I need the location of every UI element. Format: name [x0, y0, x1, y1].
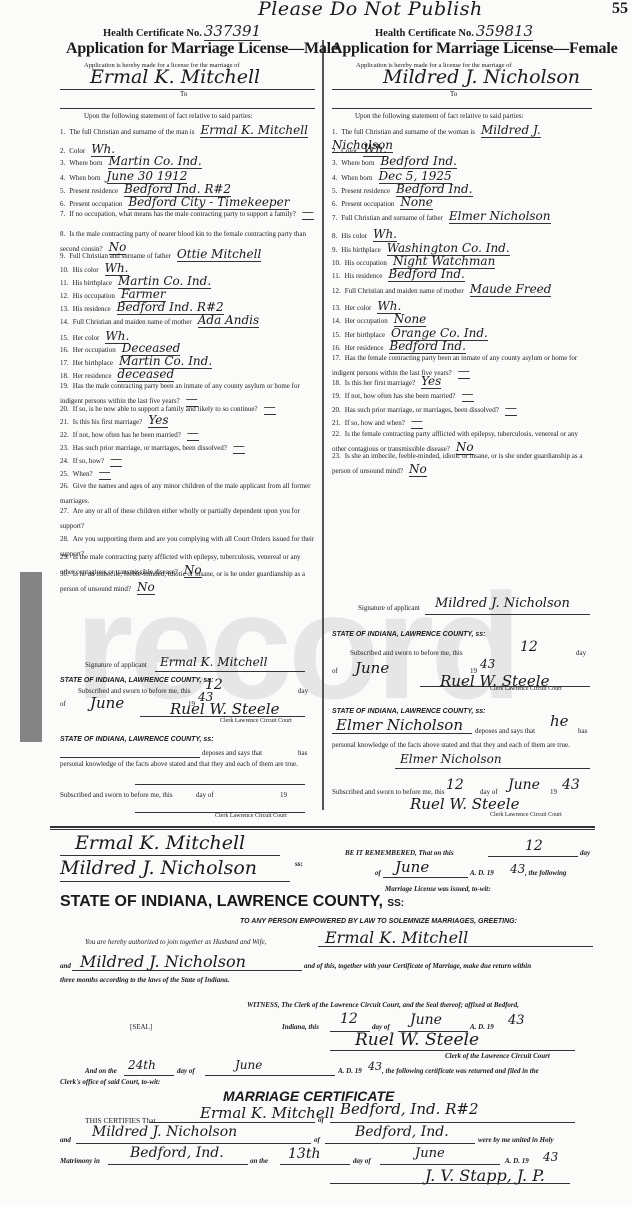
female-statement-intro: Upon the following statement of fact rel…: [355, 112, 524, 120]
item-number: 1.: [332, 128, 337, 136]
rule: [330, 1122, 575, 1123]
female-witness-day: 12: [446, 777, 464, 793]
rule: [124, 1075, 174, 1076]
item-number: 14.: [60, 318, 69, 326]
item-number: 12.: [60, 292, 69, 300]
item-number: 19.: [60, 382, 69, 390]
item-label: Full Christian and surname of father: [69, 252, 171, 260]
item-value: None: [400, 195, 433, 210]
item-label: Full Christian and maiden name of mother: [345, 287, 464, 295]
female-item-19: 19.If not, how often has she been marrie…: [332, 388, 592, 403]
column-divider: [322, 40, 324, 810]
female-item-7: 7.Full Christian and surname of fatherEl…: [332, 210, 592, 225]
license-returned-prefix: And on the: [85, 1067, 117, 1075]
rule: [108, 1164, 248, 1165]
rule: [155, 671, 305, 672]
item-number: 17.: [332, 354, 341, 362]
certificate-day: 13th: [288, 1146, 320, 1162]
item-label: Present occupation: [341, 200, 394, 208]
male-witness-clerk-label: Clerk Lawrence Circuit Court: [215, 813, 287, 819]
license-returned-year: 43: [368, 1060, 382, 1073]
male-witness-day-of: day of: [196, 791, 214, 799]
item-label: If so, is he now able to support a famil…: [73, 405, 258, 413]
item-number: 16.: [60, 346, 69, 354]
male-signature: Ermal K. Mitchell: [160, 655, 267, 669]
rule: [395, 768, 590, 769]
item-number: 4.: [60, 174, 65, 182]
item-label: If so, how and when?: [345, 419, 405, 427]
item-number: 11.: [60, 279, 69, 287]
item-value: Bedford Ind.: [388, 267, 464, 282]
female-witness-month: June: [508, 777, 540, 793]
item-value: Ermal K. Mitchell: [200, 123, 307, 138]
rule: [325, 1143, 475, 1144]
license-name-male: Ermal K. Mitchell: [75, 832, 245, 854]
female-item-11: 11.His residenceBedford Ind.: [332, 268, 592, 283]
item-value: Martin Co. Ind.: [108, 154, 201, 169]
male-item-7: 7.If no occupation, what means has the m…: [60, 206, 315, 221]
certificate-place: Bedford, Ind.: [130, 1145, 224, 1161]
rule: [150, 1122, 315, 1123]
item-number: 23.: [332, 452, 341, 460]
item-label: His occupation: [73, 292, 115, 300]
license-witness-year: 43: [508, 1013, 525, 1028]
item-number: 7.: [332, 214, 337, 222]
certificate-matrimony-label: Matrimony in: [60, 1157, 100, 1165]
female-oath-clerk-label: Clerk Lawrence Circuit Court: [490, 686, 562, 692]
item-number: 26.: [60, 482, 69, 490]
certificate-day-of: day of: [353, 1157, 371, 1165]
male-oath-of-label: of: [60, 700, 66, 708]
license-year: 43: [510, 862, 525, 876]
license-and-label: and: [60, 962, 71, 970]
certificate-on-the: on the: [250, 1157, 268, 1165]
item-label: Is she an imbecile, feeble-minded, idiot…: [332, 452, 582, 475]
rule: [332, 733, 472, 734]
item-label: The full Christian and surname of the ma…: [69, 128, 194, 136]
item-value: —: [462, 387, 474, 402]
female-oath-state-line: STATE OF INDIANA, LAWRENCE COUNTY, ss:: [332, 631, 486, 638]
female-to-label: To: [450, 90, 457, 98]
item-number: 20.: [60, 405, 69, 413]
item-label: Her occupation: [73, 346, 116, 354]
certificate-husband-residence: Bedford, Ind. R#2: [340, 1100, 479, 1118]
male-to-label: To: [180, 90, 187, 98]
certificate-wife-residence: Bedford, Ind.: [355, 1124, 449, 1140]
license-returned-text: , the following certificate was returned…: [382, 1067, 539, 1075]
item-label: Has the female contracting party been an…: [332, 354, 577, 377]
item-value: —: [505, 401, 517, 416]
male-item-3: 3.Where bornMartin Co. Ind.: [60, 155, 315, 170]
rule: [318, 946, 593, 947]
item-number: 8.: [60, 230, 65, 238]
item-label: Full Christian and maiden name of mother: [73, 318, 192, 326]
female-witness-year: 43: [562, 777, 580, 793]
item-number: 10.: [60, 266, 69, 274]
license-issued-label: Marriage License was issued, to-wit:: [385, 885, 491, 893]
item-label: His residence: [345, 272, 383, 280]
item-label: The full Christian and surname of the wo…: [341, 128, 475, 136]
certificate-of-label: of: [318, 1116, 324, 1124]
male-witness-sworn: Subscribed and sworn to before me, this: [60, 791, 173, 799]
female-witness-year-prefix: 19: [550, 788, 557, 796]
rule: [135, 784, 305, 785]
male-health-certificate: Health Certificate No.337391: [103, 22, 261, 40]
female-signature: Mildred J. Nicholson: [435, 596, 570, 611]
license-return-text: and of this, together with your Certific…: [304, 962, 531, 970]
item-number: 18.: [60, 372, 69, 380]
item-number: 2.: [60, 147, 65, 155]
license-indiana-this: Indiana, this: [282, 1023, 319, 1031]
male-oath-day-label: day: [298, 687, 308, 695]
certificate-husband: Ermal K. Mitchell: [200, 1104, 334, 1122]
male-oath-clerk-label: Clerk Lawrence Circuit Court: [220, 718, 292, 724]
item-label: Her color: [73, 334, 100, 342]
item-number: 14.: [332, 317, 341, 325]
item-number: 16.: [332, 344, 341, 352]
license-returned-day-of: day of: [177, 1067, 195, 1075]
license-clerk-signature: Ruel W. Steele: [355, 1030, 479, 1050]
license-following: , the following: [525, 869, 566, 877]
license-state-ss: SS:: [387, 898, 404, 909]
item-number: 30.: [60, 570, 69, 578]
item-number: 18.: [332, 379, 341, 387]
item-number: 15.: [332, 331, 341, 339]
item-value: —: [411, 414, 423, 429]
item-label: If not, how often has he been married?: [73, 431, 181, 439]
license-of-label: of: [375, 869, 381, 877]
item-label: Full Christian and surname of father: [341, 214, 443, 222]
male-witness-has: has: [298, 749, 307, 757]
rule: [280, 1164, 350, 1165]
item-number: 5.: [60, 187, 65, 195]
license-returned-month: June: [235, 1058, 262, 1072]
male-health-cert-number: 337391: [204, 22, 261, 41]
male-item-14: 14.Full Christian and maiden name of mot…: [60, 314, 315, 329]
item-value: No: [137, 580, 155, 595]
item-number: 3.: [332, 159, 337, 167]
item-number: 21.: [332, 419, 341, 427]
item-value: Elmer Nicholson: [449, 209, 551, 224]
female-oath-of-label: of: [332, 667, 338, 675]
item-number: 6.: [332, 200, 337, 208]
item-value: Ada Andis: [198, 313, 259, 328]
rule: [72, 970, 302, 971]
item-number: 10.: [332, 259, 341, 267]
item-number: 15.: [60, 334, 69, 342]
item-label: Has such prior marriage, or marriages, b…: [345, 406, 499, 414]
item-label: Has such prior marriage, or marriages, b…: [73, 444, 227, 452]
item-label: Where born: [341, 159, 374, 167]
license-day-label: day: [580, 849, 590, 857]
license-state-line: STATE OF INDIANA, LAWRENCE COUNTY, SS:: [60, 893, 404, 911]
item-number: 24.: [60, 457, 69, 465]
item-value: No: [409, 462, 427, 477]
male-item-30: 30.Is he an imbecile, feeble-minded, idi…: [60, 568, 315, 596]
male-signature-label: Signature of applicant: [85, 661, 147, 669]
rule: [205, 1075, 335, 1076]
male-witness-year-prefix: 19: [280, 791, 287, 799]
female-health-cert-number: 359813: [476, 22, 533, 41]
item-number: 11.: [332, 272, 341, 280]
item-label: His birthplace: [341, 246, 380, 254]
male-health-cert-label: Health Certificate No.: [103, 28, 202, 39]
male-statement-intro: Upon the following statement of fact rel…: [84, 112, 253, 120]
item-label: Color: [69, 147, 85, 155]
female-witness-signature: Elmer Nicholson: [400, 752, 502, 766]
item-label: Give the names and ages of any minor chi…: [60, 482, 310, 505]
male-witness-knowledge: personal knowledge of the facts above st…: [60, 760, 305, 769]
do-not-publish-note: Please Do Not Publish: [258, 0, 483, 20]
section-rule: [50, 829, 595, 830]
item-label: Is this her first marriage?: [345, 379, 415, 387]
item-label: Where born: [69, 159, 102, 167]
item-number: 29.: [60, 553, 69, 561]
female-item-23: 23.Is she an imbecile, feeble-minded, id…: [332, 450, 592, 478]
certificate-month: June: [415, 1146, 445, 1161]
item-number: 27.: [60, 507, 69, 515]
female-item-12: 12.Full Christian and maiden name of mot…: [332, 283, 592, 298]
item-number: 13.: [60, 305, 69, 313]
male-application-title: Application for Marriage License—Male: [66, 40, 338, 58]
item-value: Maude Freed: [470, 282, 552, 297]
license-witness-month: June: [410, 1012, 442, 1028]
item-number: 2.: [332, 147, 337, 155]
item-label: Is this his first marriage?: [73, 418, 143, 426]
license-husband: Ermal K. Mitchell: [325, 928, 468, 947]
female-signature-label: Signature of applicant: [358, 604, 420, 612]
license-wife: Mildred J. Nicholson: [80, 952, 246, 971]
item-label: If so, how?: [73, 457, 104, 465]
item-label: Her color: [345, 304, 372, 312]
rule: [380, 1164, 500, 1165]
item-label: His birthplace: [73, 279, 112, 287]
item-label: If not, how often has she been married?: [345, 392, 456, 400]
section-rule: [50, 826, 595, 828]
certificate-year: 43: [543, 1150, 558, 1164]
item-label: Are any or all of these children either …: [60, 507, 300, 530]
item-number: 20.: [332, 406, 341, 414]
license-seal: [SEAL]: [130, 1023, 152, 1031]
license-ss: ss:: [295, 860, 303, 868]
male-item-26: 26.Give the names and ages of any minor …: [60, 480, 315, 508]
male-item-25: 25.When?—: [60, 466, 315, 481]
certificate-wife-of-label: of: [314, 1136, 320, 1144]
item-label: His color: [73, 266, 99, 274]
item-value: —: [187, 426, 199, 441]
item-value: —: [302, 205, 314, 220]
license-return-text-2: three months according to the laws of th…: [60, 976, 229, 984]
item-label: Present residence: [69, 187, 118, 195]
female-witness-pronoun: he: [550, 712, 569, 730]
female-oath-sworn-label: Subscribed and sworn to before me, this: [350, 649, 463, 657]
rule: [332, 89, 592, 90]
license-witness-day: 12: [340, 1011, 358, 1027]
item-number: 4.: [332, 174, 337, 182]
female-witness-knowledge: personal knowledge of the facts above st…: [332, 741, 590, 750]
item-number: 25.: [60, 470, 69, 478]
item-label: When born: [69, 174, 100, 182]
male-applicant-name: Ermal K. Mitchell: [90, 66, 260, 88]
license-returned-text-2: Clerk's office of said Court, to-wit:: [60, 1078, 160, 1086]
item-number: 23.: [60, 444, 69, 452]
female-witness-deposes: deposes and says that: [475, 727, 535, 735]
item-label: When?: [73, 470, 93, 478]
male-item-27: 27.Are any or all of these children eith…: [60, 505, 315, 533]
item-number: 7.: [60, 210, 65, 218]
license-returned-ad: A. D. 19: [338, 1067, 362, 1075]
female-witness-state-line: STATE OF INDIANA, LAWRENCE COUNTY, ss:: [332, 708, 486, 715]
license-ad-label: A. D. 19: [470, 869, 494, 877]
rule: [60, 855, 280, 856]
rule: [330, 1183, 570, 1184]
female-witness-clerk-signature: Ruel W. Steele: [410, 795, 519, 813]
item-value: None: [394, 312, 427, 327]
item-label: Her birthplace: [345, 331, 385, 339]
item-label: When born: [341, 174, 372, 182]
item-number: 5.: [332, 187, 337, 195]
license-returned-day: 24th: [128, 1058, 156, 1072]
certificate-and-label: and: [60, 1136, 71, 1144]
rule: [140, 716, 305, 717]
license-greeting: TO ANY PERSON EMPOWERED BY LAW TO SOLEMN…: [240, 918, 517, 925]
female-oath-day: 12: [520, 639, 538, 655]
rule: [60, 108, 315, 109]
item-value: Bedford Ind.: [380, 154, 456, 169]
certificate-wife: Mildred J. Nicholson: [92, 1124, 237, 1140]
male-witness-deposes: deposes and says that: [202, 749, 262, 757]
license-remembered: BE IT REMEMBERED, That on this: [345, 849, 454, 857]
rule: [383, 877, 468, 878]
female-health-cert-label: Health Certificate No.: [375, 28, 474, 39]
license-name-female: Mildred J. Nicholson: [60, 857, 257, 879]
female-oath-year: 43: [480, 657, 495, 671]
rule: [60, 881, 290, 882]
male-item-9: 9.Full Christian and surname of fatherOt…: [60, 248, 315, 263]
item-label: If no occupation, what means has the mal…: [69, 210, 296, 218]
item-value: Wh.: [373, 227, 397, 242]
item-number: 17.: [60, 359, 69, 367]
female-witness-has: has: [578, 727, 587, 735]
item-number: 9.: [60, 252, 65, 260]
item-label: Color: [341, 147, 357, 155]
license-month: June: [395, 858, 429, 876]
watermark-bar: [20, 572, 42, 742]
rule: [60, 89, 315, 90]
item-number: 8.: [332, 232, 337, 240]
license-witness-text: WITNESS, The Clerk of the Lawrence Circu…: [247, 1001, 519, 1009]
item-number: 9.: [332, 246, 337, 254]
item-number: 19.: [332, 392, 341, 400]
item-value: —: [99, 465, 111, 480]
item-number: 22.: [332, 430, 341, 438]
item-value: Ottie Mitchell: [177, 247, 261, 262]
female-witness-name: Elmer Nicholson: [336, 716, 463, 734]
item-number: 12.: [332, 287, 341, 295]
item-value: Yes: [421, 374, 441, 389]
item-number: 28.: [60, 535, 69, 543]
item-number: 3.: [60, 159, 65, 167]
female-oath-month: June: [355, 659, 389, 677]
license-clerk-label: Clerk of the Lawrence Circuit Court: [445, 1052, 550, 1060]
certificate-united-label: were by me united in Holy: [478, 1136, 554, 1144]
item-label: Her occupation: [345, 317, 388, 325]
license-day: 12: [525, 838, 543, 854]
page-number: 55: [612, 0, 628, 18]
item-value: —: [110, 452, 122, 467]
item-label: His residence: [73, 305, 111, 313]
male-witness-state-line: STATE OF INDIANA, LAWRENCE COUNTY, ss:: [60, 736, 214, 743]
male-oath-state-line: STATE OF INDIANA, LAWRENCE COUNTY, ss:: [60, 677, 214, 684]
female-application-title: Application for Marriage License—Female: [331, 40, 618, 58]
rule: [76, 1143, 311, 1144]
item-label: Is he an imbecile, feeble-minded, idioti…: [60, 570, 305, 593]
item-number: 21.: [60, 418, 69, 426]
license-authorized-label: You are hereby authorized to join togeth…: [85, 938, 266, 946]
item-value: —: [233, 439, 245, 454]
item-label: Her birthplace: [73, 359, 113, 367]
item-label: His color: [341, 232, 367, 240]
item-number: 13.: [332, 304, 341, 312]
item-label: His occupation: [345, 259, 387, 267]
rule: [332, 108, 592, 109]
female-oath-day-label: day: [576, 649, 586, 657]
female-witness-clerk-label: Clerk Lawrence Circuit Court: [490, 812, 562, 818]
female-applicant-name: Mildred J. Nicholson: [383, 66, 580, 88]
rule: [330, 1050, 575, 1051]
item-number: 22.: [60, 431, 69, 439]
item-label: Present residence: [341, 187, 390, 195]
male-oath-month: June: [90, 694, 124, 712]
item-number: 1.: [60, 128, 65, 136]
rule: [425, 614, 590, 615]
marriage-record-page: record 55 Please Do Not Publish Health C…: [0, 0, 632, 1205]
male-item-1: 1.The full Christian and surname of the …: [60, 124, 315, 139]
certificate-ad-label: A. D. 19: [505, 1157, 529, 1165]
item-label: Her residence: [345, 344, 384, 352]
item-value: Yes: [148, 413, 168, 428]
item-value: —: [264, 400, 276, 415]
item-label: Her residence: [73, 372, 112, 380]
female-item-3: 3.Where bornBedford Ind.: [332, 155, 592, 170]
female-health-certificate: Health Certificate No.359813: [375, 22, 533, 40]
rule: [60, 757, 200, 758]
rule: [488, 856, 578, 857]
license-state-text: STATE OF INDIANA, LAWRENCE COUNTY,: [60, 893, 383, 910]
